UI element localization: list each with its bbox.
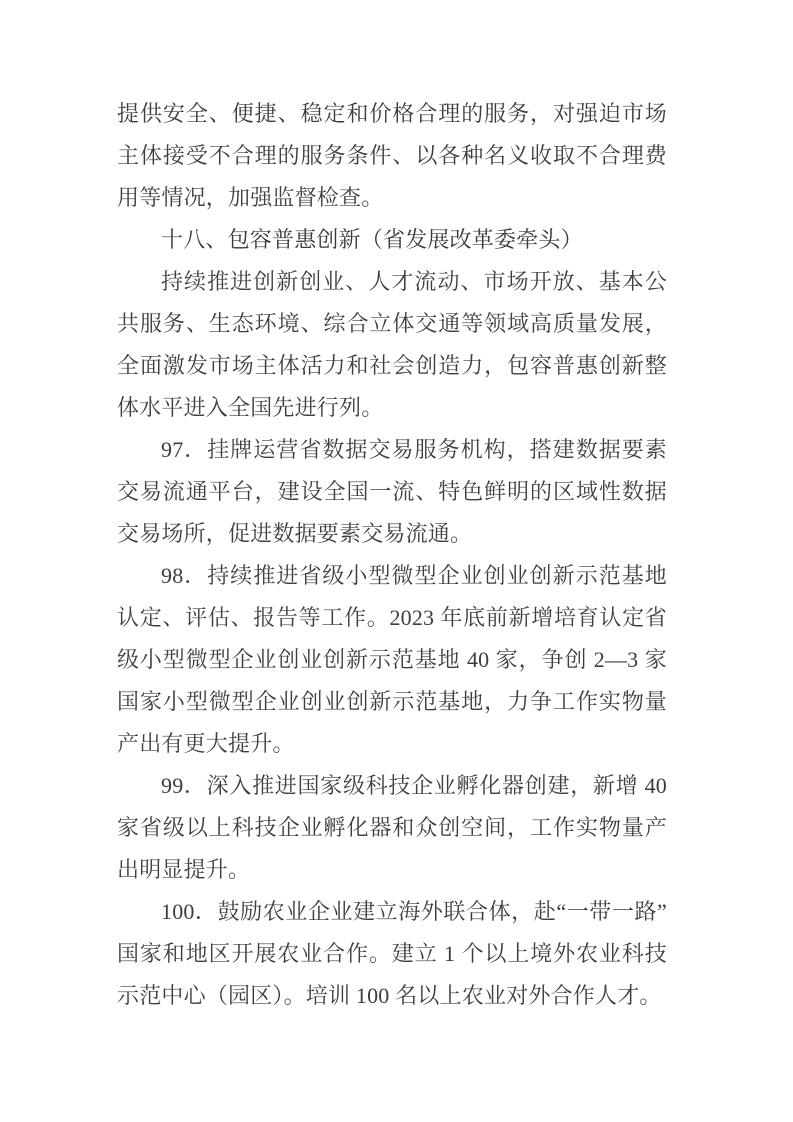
paragraph-continuation: 提供安全、便捷、稳定和价格合理的服务，对强迫市场主体接受不合理的服务条件、以各种…: [117, 93, 667, 219]
paragraph-section-overview: 持续推进创新创业、人才流动、市场开放、基本公共服务、生态环境、综合立体交通等领域…: [117, 261, 667, 429]
paragraph-item-100: 100．鼓励农业企业建立海外联合体，赴“一带一路”国家和地区开展农业合作。建立 …: [117, 891, 667, 1017]
document-body: 提供安全、便捷、稳定和价格合理的服务，对强迫市场主体接受不合理的服务条件、以各种…: [117, 93, 667, 1017]
paragraph-item-99: 99．深入推进国家级科技企业孵化器创建，新增 40 家省级以上科技企业孵化器和众…: [117, 765, 667, 891]
paragraph-item-97: 97．挂牌运营省数据交易服务机构，搭建数据要素交易流通平台，建设全国一流、特色鲜…: [117, 429, 667, 555]
section-heading-18: 十八、包容普惠创新（省发展改革委牵头）: [117, 219, 667, 261]
document-page: 提供安全、便捷、稳定和价格合理的服务，对强迫市场主体接受不合理的服务条件、以各种…: [0, 0, 793, 1122]
paragraph-item-98: 98．持续推进省级小型微型企业创业创新示范基地认定、评估、报告等工作。2023 …: [117, 555, 667, 765]
